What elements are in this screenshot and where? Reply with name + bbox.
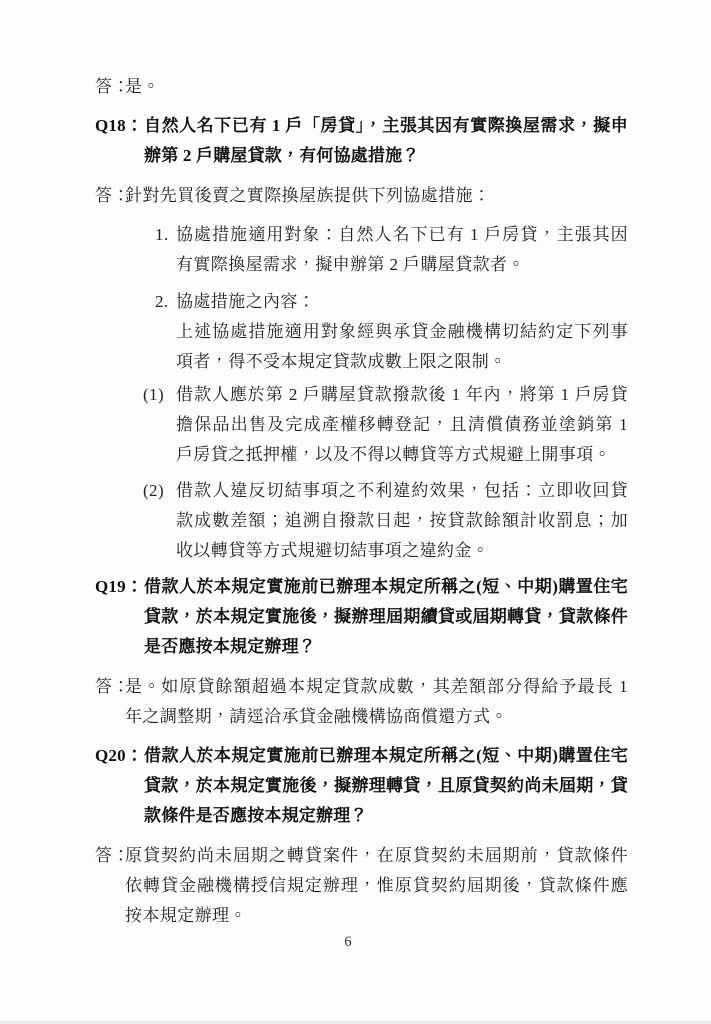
- question-q19: Q19： 借款人於本規定實施前已辦理本規定所稱之(短、中期)購置住宅貸款，於本規…: [95, 572, 628, 662]
- question-text: 借款人於本規定實施前已辦理本規定所稱之(短、中期)購置住宅貸款，於本規定實施後，…: [144, 572, 628, 662]
- sub-item-1: (1) 借款人應於第 2 戶購屋貸款撥款後 1 年內，將第 1 戶房貸擔保品出售…: [143, 380, 628, 470]
- question-label: Q18：: [95, 111, 144, 141]
- answer-label: 答：: [95, 672, 125, 702]
- sub-item-number: (1): [143, 380, 176, 410]
- question-q20: Q20： 借款人於本規定實施前已辦理本規定所稱之(短、中期)購置住宅貸款，於本規…: [95, 741, 628, 831]
- answer-label: 答：: [95, 72, 125, 102]
- question-q18: Q18： 自然人名下已有 1 戶「房貸」，主張其因有實際換屋需求，擬申辦第 2 …: [95, 111, 628, 171]
- answer-q20: 答： 原貸契約尚未屆期之轉貸案件，在原貸契約未屆期前，貸款條件依轉貸金融機構授信…: [95, 841, 628, 931]
- list-item-2: 2. 協處措施之內容： 上述協處措施適用對象經與承貸金融機構切結約定下列事項者，…: [155, 287, 628, 377]
- list-item-text: 協處措施適用對象：自然人名下已有 1 戶房貸，主張其因有實際換屋需求，擬申辦第 …: [176, 220, 628, 280]
- sub-item-2: (2) 借款人違反切結事項之不利違約效果，包括：立即收回貸款成數差額；追溯自撥款…: [143, 476, 628, 566]
- sub-item-text: 借款人應於第 2 戶購屋貸款撥款後 1 年內，將第 1 戶房貸擔保品出售及完成產…: [176, 380, 628, 470]
- answer-text: 針對先買後賣之實際換屋族提供下列協處措施：: [125, 181, 628, 211]
- sub-item-number: (2): [143, 476, 176, 506]
- sub-item-text: 借款人違反切結事項之不利違約效果，包括：立即收回貸款成數差額；追溯自撥款日起，按…: [176, 476, 628, 566]
- list-item-title: 協處措施之內容：: [176, 287, 628, 317]
- page-content: 答： 是。 Q18： 自然人名下已有 1 戶「房貸」，主張其因有實際換屋需求，擬…: [95, 72, 628, 940]
- question-label: Q20：: [95, 741, 144, 771]
- page-number: 6: [0, 934, 696, 951]
- list-item-body: 上述協處措施適用對象經與承貸金融機構切結約定下列事項者，得不受本規定貸款成數上限…: [176, 317, 628, 377]
- answer-text: 原貸契約尚未屆期之轉貸案件，在原貸契約未屆期前，貸款條件依轉貸金融機構授信規定辦…: [125, 841, 628, 931]
- answer-q17: 答： 是。: [95, 72, 628, 102]
- list-item-text: 協處措施之內容： 上述協處措施適用對象經與承貸金融機構切結約定下列事項者，得不受…: [176, 287, 628, 377]
- document-page: 答： 是。 Q18： 自然人名下已有 1 戶「房貸」，主張其因有實際換屋需求，擬…: [0, 0, 711, 1024]
- answer-label: 答：: [95, 841, 125, 871]
- list-item-number: 1.: [155, 220, 176, 250]
- list-item-1: 1. 協處措施適用對象：自然人名下已有 1 戶房貸，主張其因有實際換屋需求，擬申…: [155, 220, 628, 280]
- question-text: 自然人名下已有 1 戶「房貸」，主張其因有實際換屋需求，擬申辦第 2 戶購屋貸款…: [144, 111, 628, 171]
- answer-text: 是。如原貸餘額超過本規定貸款成數，其差額部分得給予最長 1 年之調整期，請逕洽承…: [125, 672, 628, 732]
- answer-q18: 答： 針對先買後賣之實際換屋族提供下列協處措施：: [95, 181, 628, 211]
- question-label: Q19：: [95, 572, 144, 602]
- answer-text: 是。: [125, 72, 628, 102]
- list-item-number: 2.: [155, 287, 176, 317]
- answer-label: 答：: [95, 181, 125, 211]
- answer-q19: 答： 是。如原貸餘額超過本規定貸款成數，其差額部分得給予最長 1 年之調整期，請…: [95, 672, 628, 732]
- question-text: 借款人於本規定實施前已辦理本規定所稱之(短、中期)購置住宅貸款，於本規定實施後，…: [144, 741, 628, 831]
